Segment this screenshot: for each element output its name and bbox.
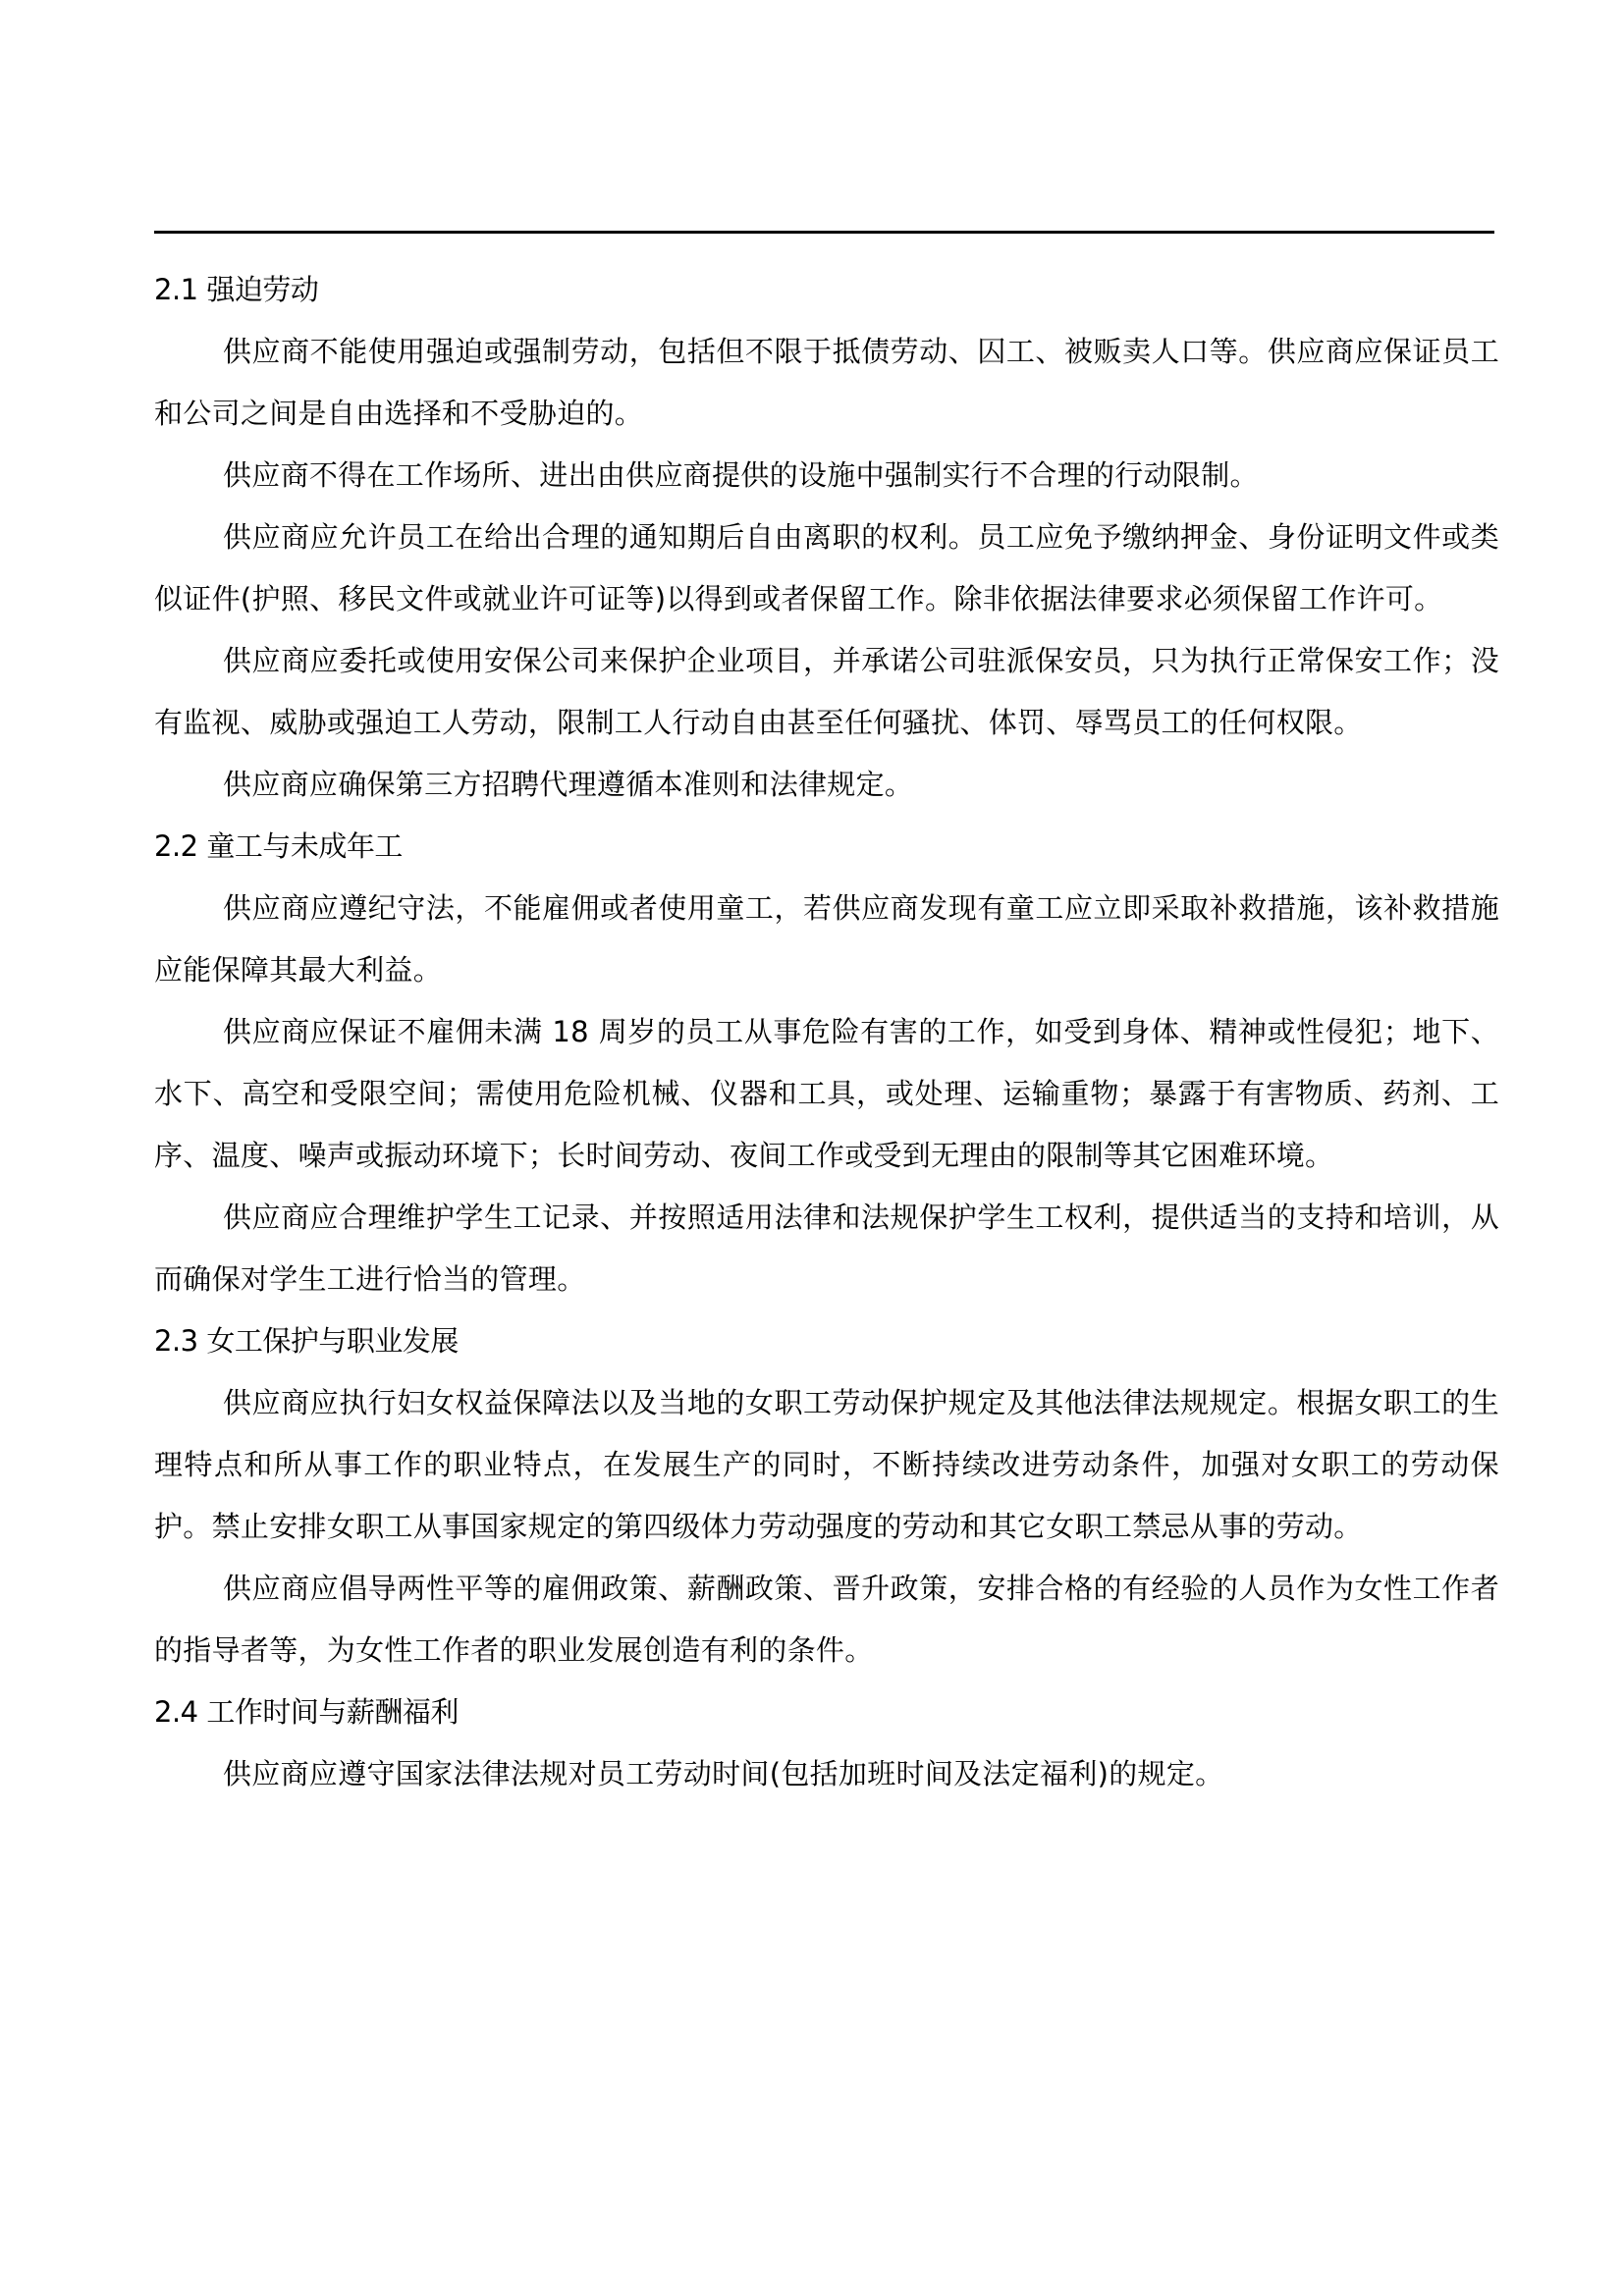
- paragraph: 供应商不得在工作场所、进出由供应商提供的设施中强制实行不合理的行动限制。: [154, 445, 1499, 507]
- section-2-1: 2.1 强迫劳动 供应商不能使用强迫或强制劳动，包括但不限于抵债劳动、囚工、被贩…: [154, 259, 1499, 816]
- paragraph: 供应商应遵守国家法律法规对员工劳动时间(包括加班时间及法定福利)的规定。: [154, 1743, 1499, 1805]
- paragraph: 供应商应允许员工在给出合理的通知期后自由离职的权利。员工应免予缴纳押金、身份证明…: [154, 507, 1499, 630]
- section-heading: 2.4 工作时间与薪酬福利: [154, 1682, 1499, 1743]
- section-heading: 2.2 童工与未成年工: [154, 816, 1499, 878]
- section-2-2: 2.2 童工与未成年工 供应商应遵纪守法，不能雇佣或者使用童工，若供应商发现有童…: [154, 816, 1499, 1310]
- paragraph: 供应商应遵纪守法，不能雇佣或者使用童工，若供应商发现有童工应立即采取补救措施，该…: [154, 878, 1499, 1001]
- section-heading: 2.1 强迫劳动: [154, 259, 1499, 321]
- paragraph: 供应商应合理维护学生工记录、并按照适用法律和法规保护学生工权利，提供适当的支持和…: [154, 1187, 1499, 1310]
- paragraph: 供应商应倡导两性平等的雇佣政策、薪酬政策、晋升政策，安排合格的有经验的人员作为女…: [154, 1558, 1499, 1682]
- section-2-3: 2.3 女工保护与职业发展 供应商应执行妇女权益保障法以及当地的女职工劳动保护规…: [154, 1310, 1499, 1682]
- section-heading: 2.3 女工保护与职业发展: [154, 1310, 1499, 1372]
- section-2-4: 2.4 工作时间与薪酬福利 供应商应遵守国家法律法规对员工劳动时间(包括加班时间…: [154, 1682, 1499, 1805]
- paragraph: 供应商不能使用强迫或强制劳动，包括但不限于抵债劳动、囚工、被贩卖人口等。供应商应…: [154, 321, 1499, 445]
- paragraph: 供应商应执行妇女权益保障法以及当地的女职工劳动保护规定及其他法律法规规定。根据女…: [154, 1372, 1499, 1558]
- paragraph: 供应商应确保第三方招聘代理遵循本准则和法律规定。: [154, 754, 1499, 816]
- paragraph: 供应商应保证不雇佣未满 18 周岁的员工从事危险有害的工作，如受到身体、精神或性…: [154, 1001, 1499, 1187]
- header-rule: [154, 231, 1494, 234]
- document-body: 2.1 强迫劳动 供应商不能使用强迫或强制劳动，包括但不限于抵债劳动、囚工、被贩…: [154, 259, 1499, 1805]
- paragraph: 供应商应委托或使用安保公司来保护企业项目，并承诺公司驻派保安员，只为执行正常保安…: [154, 630, 1499, 754]
